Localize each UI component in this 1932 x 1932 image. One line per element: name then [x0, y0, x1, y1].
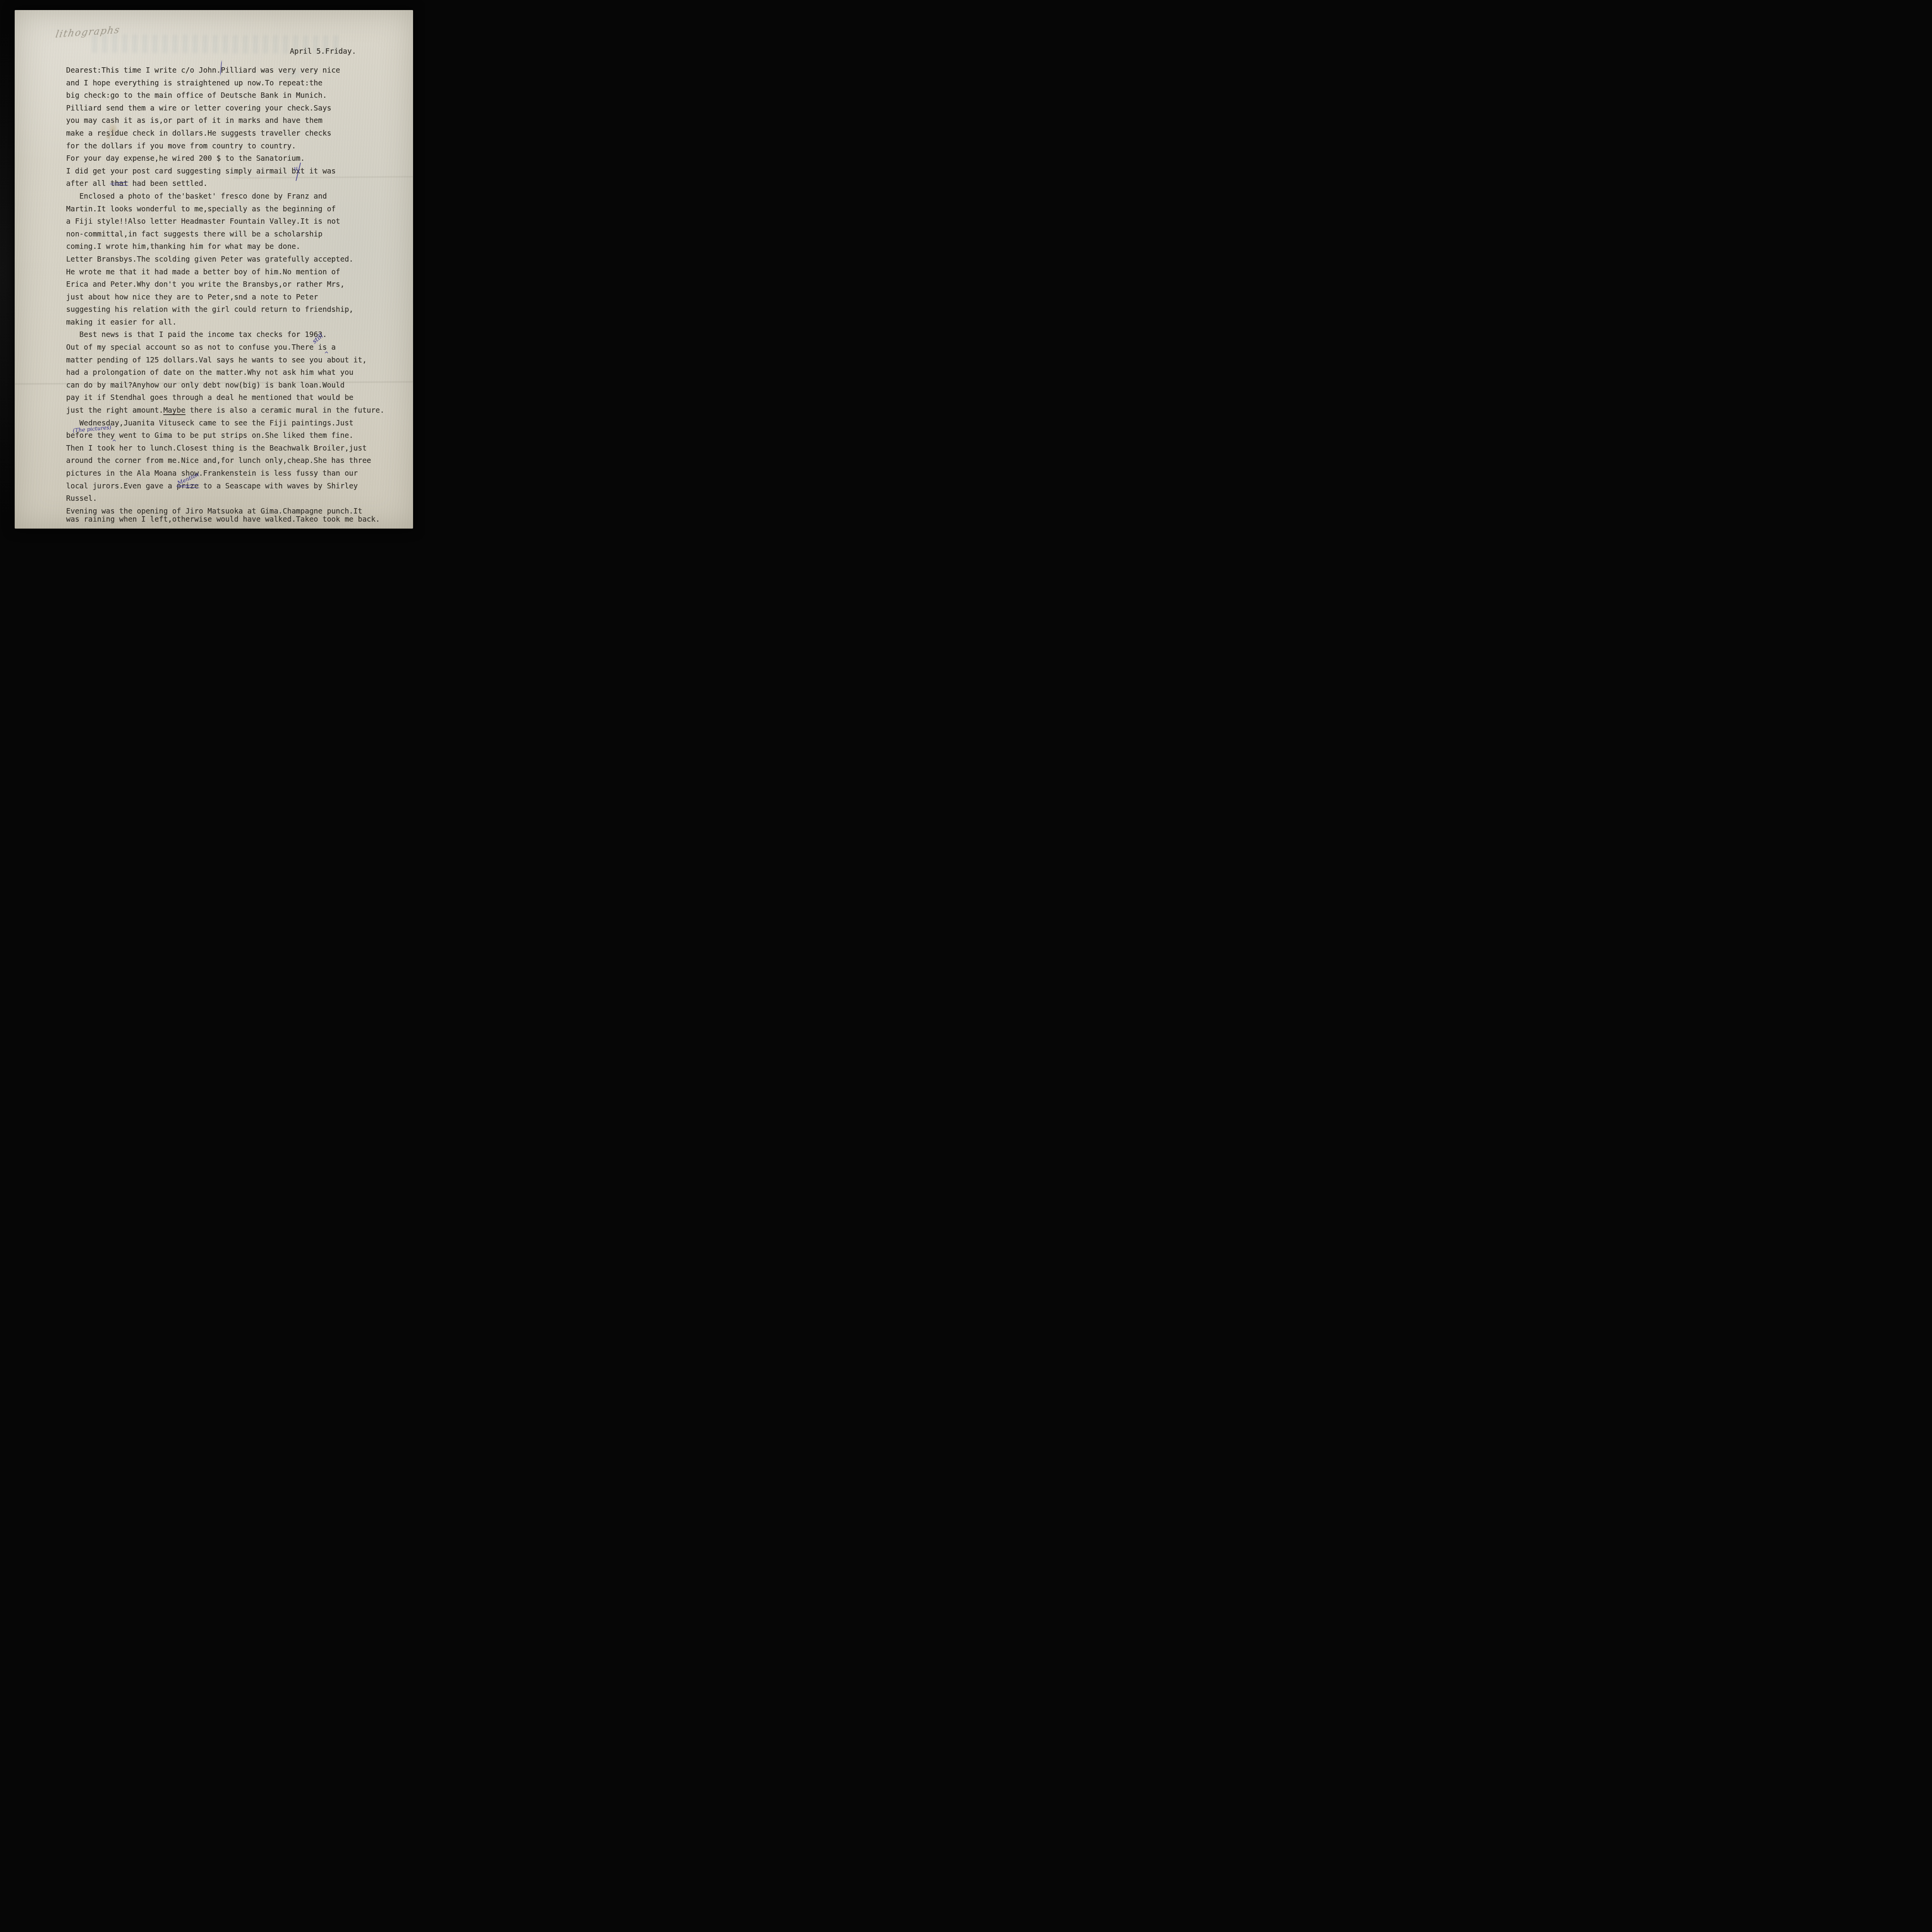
ink-struck-text: prizeMention — [177, 480, 199, 493]
typed-text: Martin.It looks wonderful to me,speciall… — [66, 205, 336, 213]
typed-text: after all — [66, 179, 110, 188]
pencil-annotation: lithographs — [55, 24, 121, 40]
typed-text: for the dollars if you move from country… — [66, 142, 296, 150]
letter-line: Erica and Peter.Why don't you write the … — [66, 278, 416, 291]
letter-line: Out of my special account so as not to c… — [66, 341, 416, 354]
typed-text: t it was — [300, 167, 336, 175]
letter-line: For your day expense,he wired 200 $ to t… — [66, 152, 416, 165]
letter-line: local jurors.Even gave a prizeMention to… — [66, 480, 416, 493]
typed-text: you may cash it as is,or part of it in m… — [66, 116, 322, 125]
typed-text: pictures in the Ala Moana show.Frankenst… — [66, 469, 358, 478]
typed-text: big check:go to the main office of Deuts… — [66, 91, 327, 100]
typed-text: making it easier for all. — [66, 318, 177, 327]
typed-text: make a residue check in dollars.He sugge… — [66, 129, 331, 138]
ink-caret-mark: ^ — [112, 440, 117, 445]
typed-text: Enclosed a photo of the'basket' fresco d… — [66, 192, 327, 201]
letter-line: just about how nice they are to Peter,sn… — [66, 291, 416, 304]
typed-text: a Fiji style!!Also letter Headmaster Fou… — [66, 217, 340, 226]
typed-text: there is also a ceramic mural in the fut… — [185, 406, 384, 415]
letter-body: Dearest:This time I write c/o John.Pilli… — [66, 64, 416, 526]
typed-text: Best news is that I paid the income tax … — [66, 330, 327, 339]
letter-line: Martin.It looks wonderful to me,speciall… — [66, 203, 416, 216]
typed-text: Dearest:This time I write c/o John. — [66, 66, 221, 75]
typed-text: matter pending of 125 dollars.Val says h… — [66, 356, 367, 364]
letter-line: can do by mail?Anyhow our only debt now(… — [66, 379, 416, 392]
ink-strikethrough — [110, 182, 129, 184]
letter-line: around the corner from me.Nice and,for l… — [66, 454, 416, 467]
ink-caret-mark: ^ — [324, 352, 329, 357]
typed-underlined-text: Maybe — [163, 406, 185, 415]
typed-text: just the right amount. — [66, 406, 163, 415]
typed-text: suggesting his relation with the girl co… — [66, 305, 354, 314]
letter-line: Dearest:This time I write c/o John.Pilli… — [66, 64, 416, 77]
letter-line: Pilliard send them a wire or letter cove… — [66, 102, 416, 115]
letter-line: suggesting his relation with the girl co… — [66, 303, 416, 316]
letter-line: pictures in the Ala Moana show.Frankenst… — [66, 467, 416, 480]
typed-text: can do by mail?Anyhow our only debt now(… — [66, 381, 345, 389]
letter-line: Letter Bransbys.The scolding given Peter… — [66, 253, 416, 266]
ink-struck-text: that — [110, 177, 128, 190]
typed-text: Pilliard was very very nice — [221, 66, 340, 75]
handwritten-insertion: u — [294, 165, 298, 172]
typed-text: a — [327, 343, 336, 352]
letter-line: pay it if Stendhal goes through a deal h… — [66, 391, 416, 404]
letter-line: big check:go to the main office of Deuts… — [66, 89, 416, 102]
ink-strikethrough — [176, 486, 200, 488]
letter-line: was raining when I left,otherwise would … — [66, 513, 416, 526]
letter-line: just the right amount.Maybe there is als… — [66, 404, 416, 417]
letter-line: after all that had been settled. — [66, 177, 416, 190]
letter-date: April 5.Friday. — [290, 47, 356, 56]
typed-text: just about how nice they are to Peter,sn… — [66, 293, 318, 301]
typed-text: For your day expense,he wired 200 $ to t… — [66, 154, 305, 163]
typed-text: Pilliard send them a wire or letter cove… — [66, 104, 331, 112]
letter-line: coming.I wrote him,thanking him for what… — [66, 240, 416, 253]
letter-page: lithographs April 5.Friday. Dearest:This… — [15, 10, 413, 529]
letter-line: Wednesday,Juanita Vituseck came to see t… — [66, 417, 416, 430]
letter-line: and I hope everything is straightened up… — [66, 77, 416, 90]
typed-text: to a Seascape with waves by Shirley — [199, 482, 358, 490]
typed-text: Then I took her to lunch.Closest thing i… — [66, 444, 367, 452]
letter-line: making it easier for all. — [66, 316, 416, 329]
letter-line: for the dollars if you move from country… — [66, 140, 416, 153]
typed-text: I did get your post card suggesting simp… — [66, 167, 296, 175]
typed-text: He wrote me that it had made a better bo… — [66, 268, 340, 276]
typed-text: Erica and Peter.Why don't you write the … — [66, 280, 345, 289]
typed-text: Russel. — [66, 494, 97, 503]
typed-text: had a prolongation of date on the matter… — [66, 368, 354, 377]
letter-line: non-committal,in fact suggests there wil… — [66, 228, 416, 241]
photo-background: lithographs April 5.Friday. Dearest:This… — [0, 0, 425, 545]
typed-text: went to Gima to be put strips on.She lik… — [115, 431, 354, 440]
typed-text: around the corner from me.Nice and,for l… — [66, 456, 371, 465]
letter-line: had a prolongation of date on the matter… — [66, 366, 416, 379]
typed-text: pay it if Stendhal goes through a deal h… — [66, 393, 354, 402]
ink-slashed-character: xu — [296, 165, 300, 178]
typed-text: local jurors.Even gave a — [66, 482, 177, 490]
typed-text: Out of my special account so as not to c… — [66, 343, 327, 352]
typed-text: non-committal,in fact suggests there wil… — [66, 230, 322, 238]
letter-line: a Fiji style!!Also letter Headmaster Fou… — [66, 215, 416, 228]
typed-text: had been settled. — [128, 179, 207, 188]
letter-line: Then I took her to lunch.Closest thing i… — [66, 442, 416, 455]
typed-text: was raining when I left,otherwise would … — [66, 515, 380, 524]
letter-line: Russel. — [66, 492, 416, 505]
letter-line: He wrote me that it had made a better bo… — [66, 266, 416, 279]
typed-text: coming.I wrote him,thanking him for what… — [66, 242, 300, 251]
typed-text: Letter Bransbys.The scolding given Peter… — [66, 255, 354, 264]
letter-line: make a residue check in dollars.He sugge… — [66, 127, 416, 140]
ink-strikethrough — [110, 184, 129, 186]
letter-line: Enclosed a photo of the'basket' fresco d… — [66, 190, 416, 203]
letter-line: you may cash it as is,or part of it in m… — [66, 114, 416, 127]
letter-line: Best news is that I paid the income tax … — [66, 328, 416, 341]
letter-line: matter pending of 125 dollars.Val says h… — [66, 354, 416, 367]
letter-line: before they(The pictures)^ went to Gima … — [66, 429, 416, 442]
typed-text: and I hope everything is straightened up… — [66, 79, 322, 87]
letter-line: I did get your post card suggesting simp… — [66, 165, 416, 178]
